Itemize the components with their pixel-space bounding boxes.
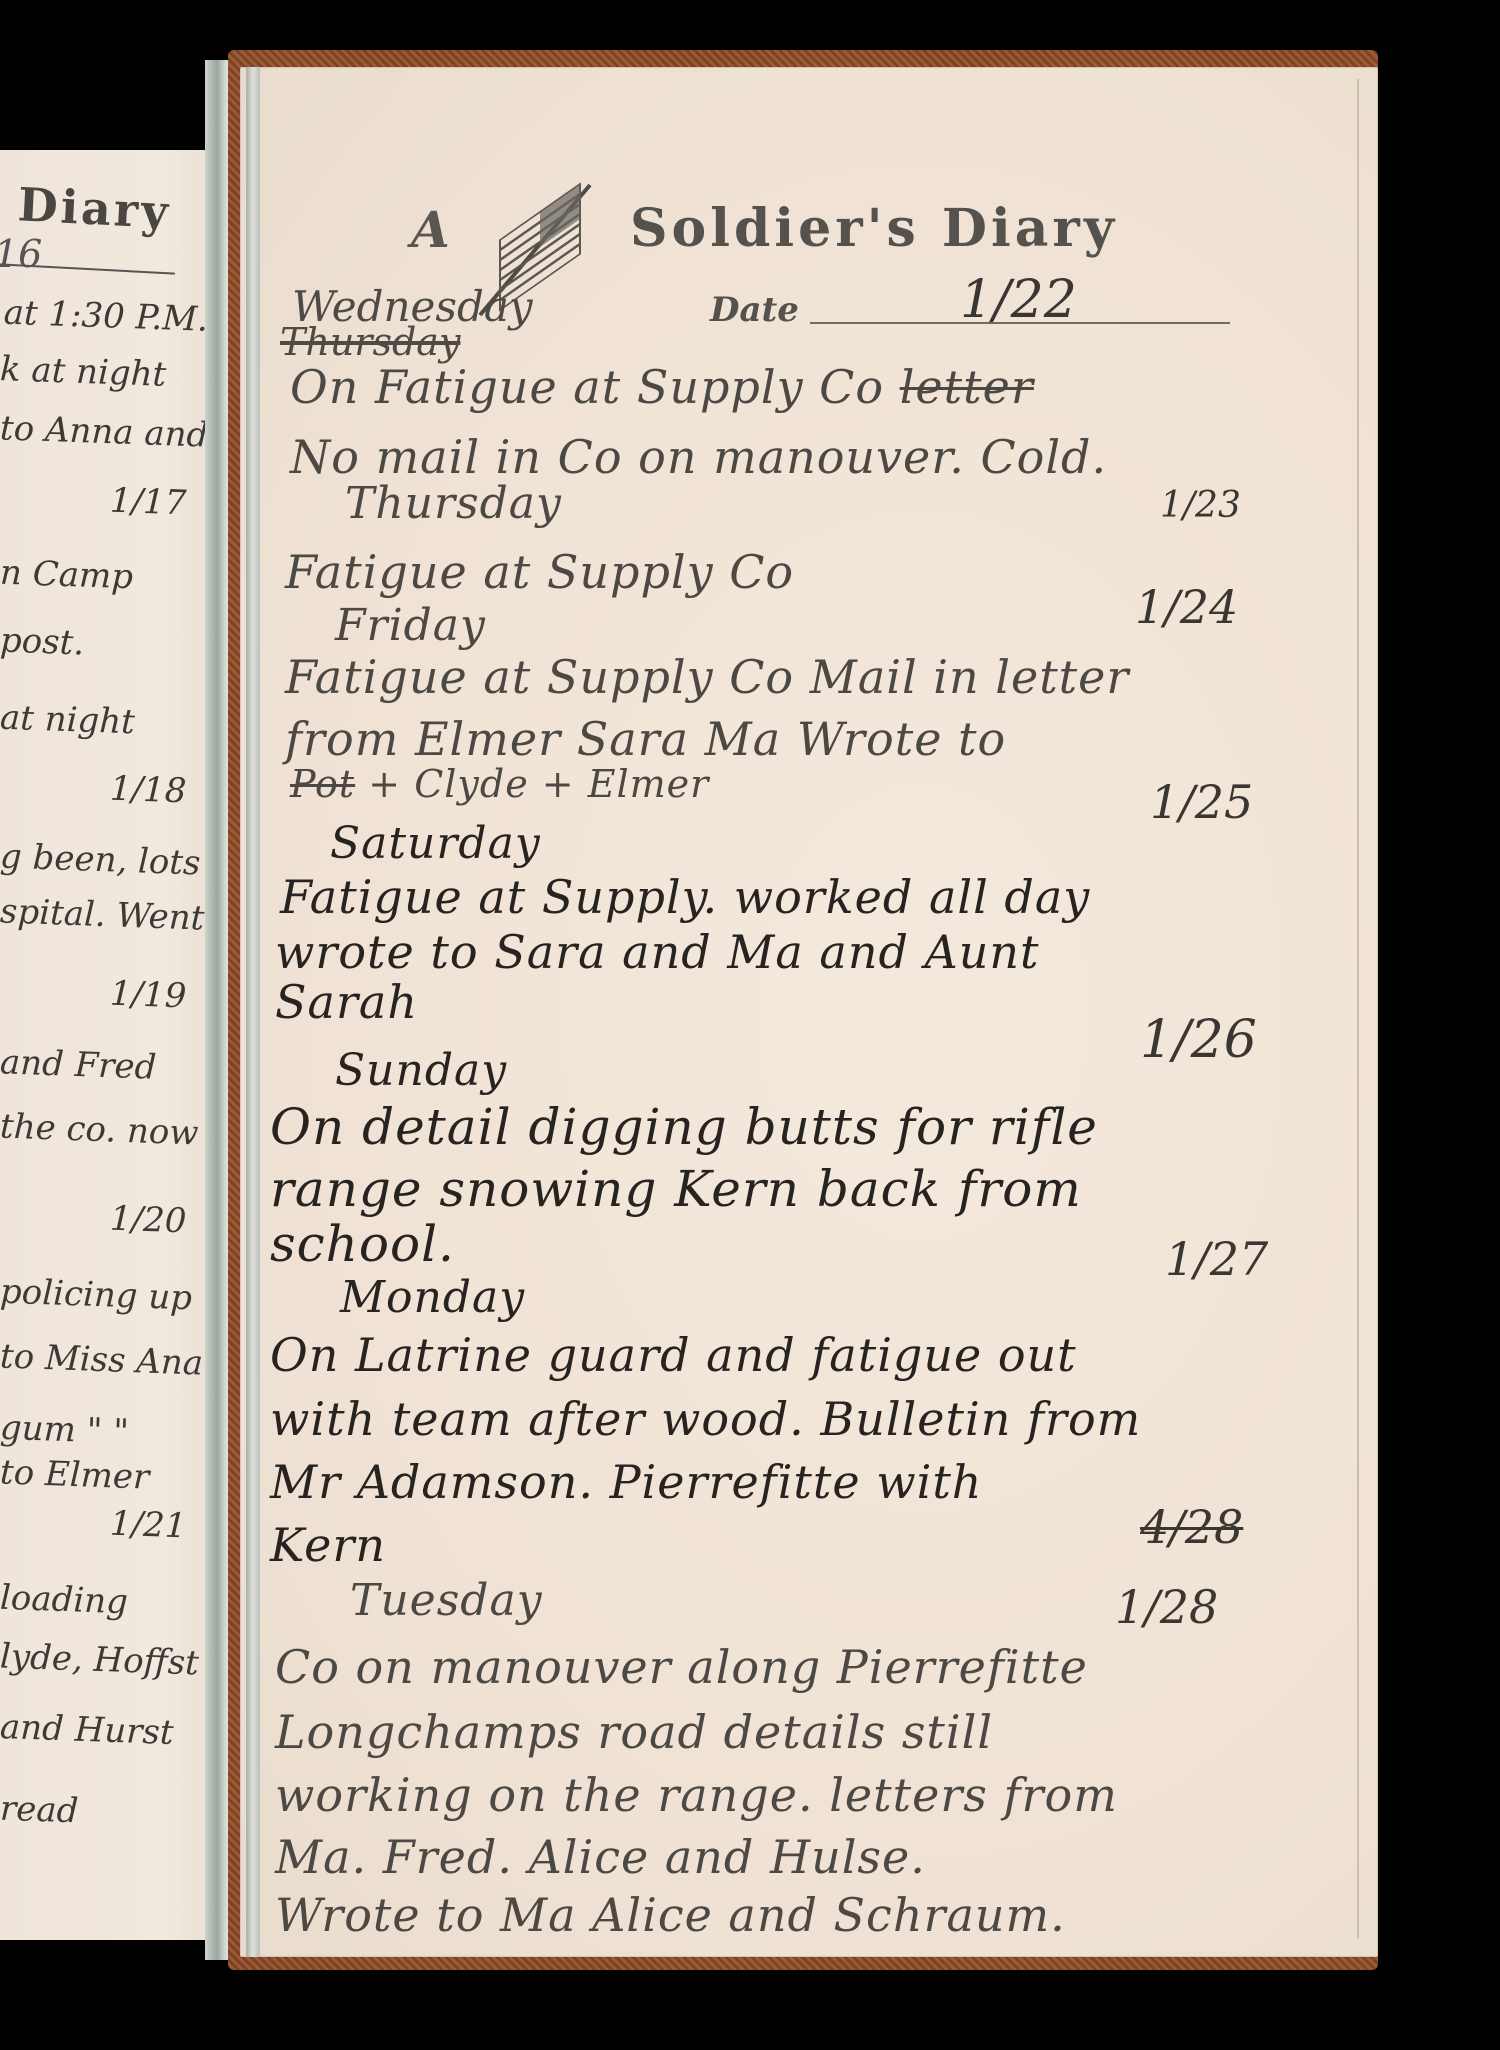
entry-weekday: Sunday [335, 1045, 507, 1096]
left-page-date: 1/18 [109, 769, 187, 812]
struck-word: Pot [290, 762, 355, 806]
entry-line: with team after wood. Bulletin from [270, 1392, 1141, 1446]
left-page-line: and Fred [0, 1042, 157, 1087]
entry-line: On detail digging butts for rifle [270, 1098, 1098, 1156]
entry-line: range snowing Kern back from [270, 1160, 1082, 1218]
left-page-line: to Elmer [0, 1452, 150, 1497]
entry-line: Fatigue at Supply. worked all day [280, 870, 1090, 924]
left-page-line: to Miss Ana [0, 1336, 204, 1383]
date-value: 1/22 [960, 270, 1077, 330]
left-page-line: the co. now [0, 1107, 199, 1154]
entry-date: 1/23 [1160, 485, 1241, 526]
page-gutter-strip [246, 67, 260, 1957]
left-page-line: loading [0, 1578, 129, 1622]
entry-weekday: Tuesday [350, 1575, 543, 1626]
left-page-line: post. [0, 621, 85, 664]
left-page-year-fragment: 16 [0, 232, 42, 276]
left-page-date: 1/20 [109, 1199, 187, 1242]
left-page-line: n Camp [0, 553, 134, 598]
header-weekday-struck: Thursday [280, 320, 460, 364]
left-page-title-fragment: s Diary [0, 175, 172, 239]
left-page-line: policing up [0, 1272, 193, 1319]
entry-weekday: Monday [340, 1272, 525, 1323]
entry-line: No mail in Co on manouver. Cold. [290, 430, 1107, 484]
entry-line: Wrote to Ma Alice and Schraum. [275, 1888, 1066, 1942]
entry-line: Longchamps road details still [275, 1705, 993, 1759]
left-page-line: g been, lots [0, 837, 201, 884]
entry-line: Fatigue at Supply Co [285, 545, 794, 599]
entry-date: 1/25 [1150, 775, 1253, 829]
entry-date: 1/26 [1140, 1010, 1257, 1070]
entry-line: Sarah [275, 975, 418, 1029]
left-page-line: to Anna and [0, 408, 209, 455]
struck-date: 4/28 [1140, 1500, 1243, 1554]
entry-line: school. [270, 1215, 455, 1273]
entry-line: Mr Adamson. Pierrefitte with [270, 1455, 982, 1509]
left-page-line: ack at 1:30 P.M. [0, 290, 209, 340]
left-page-line: read [0, 1789, 79, 1832]
left-page: s Diary 16 ack at 1:30 P.M.k at nightto … [0, 150, 238, 1940]
entry-line: On Fatigue at Supply Co letter [290, 360, 1034, 414]
left-page-date: 1/17 [109, 481, 187, 524]
entry-date: 1/28 [1115, 1580, 1218, 1634]
left-page-line: lyde, Hoffst [0, 1637, 200, 1684]
left-page-date: 1/21 [109, 1504, 187, 1547]
date-label: Date [710, 290, 799, 330]
entry-line: working on the range. letters from [275, 1768, 1118, 1822]
page-edge-line [1357, 79, 1359, 1939]
entry-weekday: Saturday [330, 818, 541, 869]
entry-line: Kern [270, 1518, 386, 1572]
entry-line: Fatigue at Supply Co Mail in letter [285, 650, 1129, 704]
left-page-line: gum " " [0, 1408, 129, 1452]
left-page-line: k at night [0, 349, 167, 395]
entry-line: wrote to Sara and Ma and Aunt [275, 925, 1040, 979]
entry-weekday: Friday [335, 600, 486, 651]
entry-line: On Latrine guard and fatigue out [270, 1328, 1077, 1382]
left-page-date: 1/19 [109, 974, 187, 1017]
left-page-line: spital. Went [0, 891, 205, 938]
entry-date: 1/24 [1135, 580, 1238, 634]
header-prefix: A [411, 200, 450, 259]
entry-line: Ma. Fred. Alice and Hulse. [275, 1830, 926, 1884]
entry-line: from Elmer Sara Ma Wrote to [285, 712, 1006, 766]
struck-word: letter [900, 360, 1034, 414]
left-page-line: at night [0, 698, 136, 743]
entry-line: Co on manouver along Pierrefitte [275, 1640, 1088, 1694]
entry-date: 1/27 [1165, 1232, 1268, 1286]
page-title: Soldier's Diary [630, 198, 1118, 259]
entry-weekday: Thursday [345, 478, 562, 529]
left-page-line: and Hurst [0, 1707, 174, 1753]
entry-line: Pot + Clyde + Elmer [290, 762, 709, 806]
